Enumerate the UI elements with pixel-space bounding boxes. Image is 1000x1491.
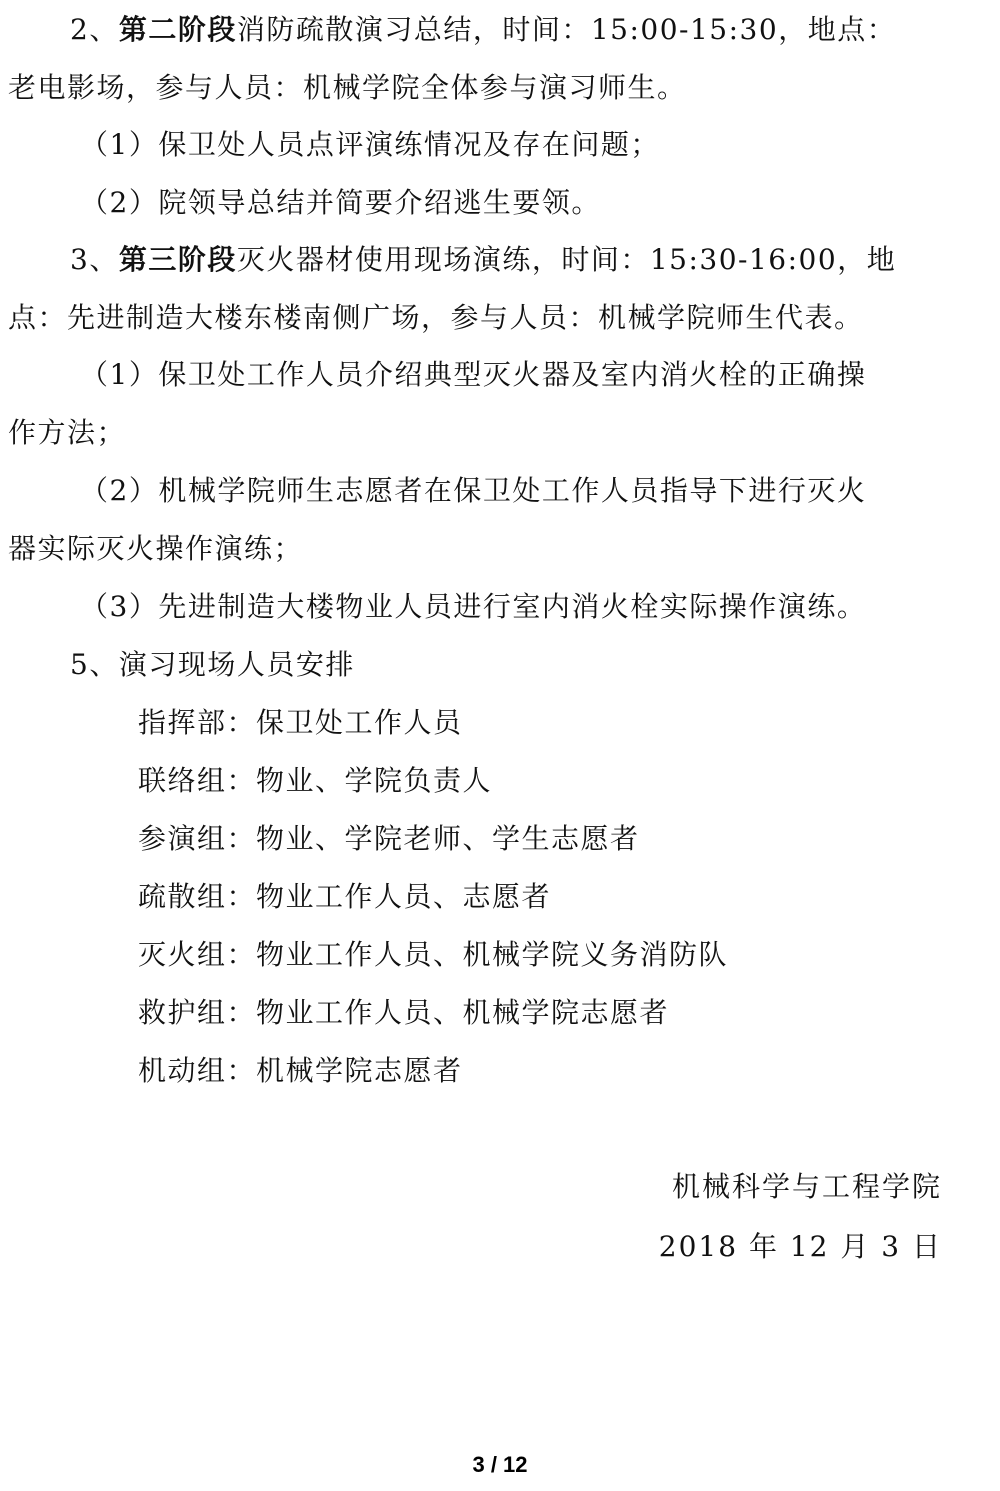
section-2-item-2: （2）院领导总结并简要介绍逃生要领。 (0, 183, 1000, 223)
group-members: 物业、学院老师、学生志愿者 (256, 822, 640, 855)
group-members: 机械学院志愿者 (256, 1054, 463, 1087)
section-3-text-line-2: 点：先进制造大楼东楼南侧广场，参与人员：机械学院师生代表。 (0, 298, 1000, 338)
group-liaison: 联络组：物业、学院负责人 (0, 761, 1000, 801)
group-name: 机动组： (138, 1054, 256, 1087)
group-name: 参演组： (138, 822, 256, 855)
group-name: 灭火组： (138, 938, 256, 971)
group-members: 物业工作人员、志愿者 (256, 880, 551, 913)
section-3-item-1-line-2: 作方法； (0, 413, 1000, 453)
section-2-item-1: （1）保卫处人员点评演练情况及存在问题； (0, 125, 1000, 165)
signature-organization: 机械科学与工程学院 (672, 1167, 942, 1207)
group-rescue: 救护组：物业工作人员、机械学院志愿者 (0, 993, 1000, 1033)
group-name: 指挥部： (138, 706, 256, 739)
section-text: 消防疏散演习总结，时间：15:00-15:30，地点： (237, 13, 896, 46)
group-members: 物业工作人员、机械学院志愿者 (256, 996, 669, 1029)
section-text: 灭火器材使用现场演练，时间：15:30-16:00，地 (237, 243, 896, 276)
section-3-heading-line: 3、第三阶段灭火器材使用现场演练，时间：15:30-16:00，地 (0, 240, 1000, 280)
stage-title: 第三阶段 (119, 243, 237, 276)
section-3-item-2-line-1: （2）机械学院师生志愿者在保卫处工作人员指导下进行灭火 (0, 471, 1000, 511)
group-members: 保卫处工作人员 (256, 706, 463, 739)
group-evacuation: 疏散组：物业工作人员、志愿者 (0, 877, 1000, 917)
group-mobile: 机动组：机械学院志愿者 (0, 1051, 1000, 1091)
group-name: 联络组： (138, 764, 256, 797)
staffing-heading: 5、演习现场人员安排 (0, 645, 1000, 685)
group-participants: 参演组：物业、学院老师、学生志愿者 (0, 819, 1000, 859)
group-firefighting: 灭火组：物业工作人员、机械学院义务消防队 (0, 935, 1000, 975)
stage-title: 第二阶段 (119, 13, 237, 46)
group-name: 救护组： (138, 996, 256, 1029)
group-name: 疏散组： (138, 880, 256, 913)
section-number: 3、 (70, 243, 119, 276)
section-3-item-3: （3）先进制造大楼物业人员进行室内消火栓实际操作演练。 (0, 587, 1000, 627)
group-command: 指挥部：保卫处工作人员 (0, 703, 1000, 743)
section-2-text-line-2: 老电影场，参与人员：机械学院全体参与演习师生。 (0, 68, 1000, 108)
signature-date: 2018 年 12 月 3 日 (659, 1227, 942, 1267)
group-members: 物业、学院负责人 (256, 764, 492, 797)
section-2-heading-line: 2、第二阶段消防疏散演习总结，时间：15:00-15:30，地点： (0, 10, 1000, 50)
section-3-item-2-line-2: 器实际灭火操作演练； (0, 529, 1000, 569)
page-indicator: 3 / 12 (0, 1452, 1000, 1478)
section-number: 2、 (70, 13, 119, 46)
section-3-item-1-line-1: （1）保卫处工作人员介绍典型灭火器及室内消火栓的正确操 (0, 355, 1000, 395)
group-members: 物业工作人员、机械学院义务消防队 (256, 938, 728, 971)
